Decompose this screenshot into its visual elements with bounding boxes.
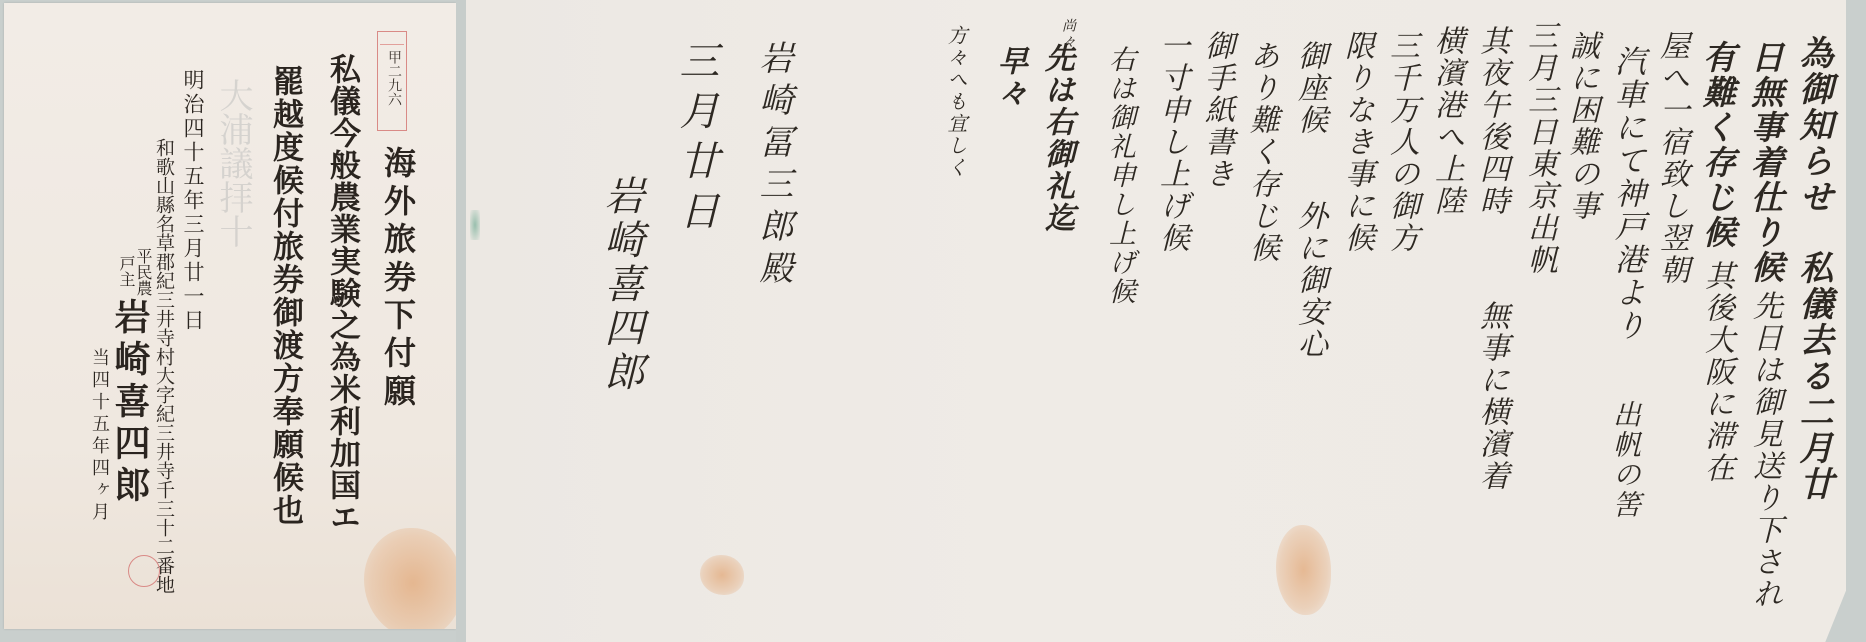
letter-date: 三月廿日 (676, 40, 716, 240)
letter-column: 屋へ一宿致し翌朝 (1656, 30, 1686, 286)
letter-column: 為御知らせ (1796, 35, 1830, 215)
letter-column: 無事に横濱着 (1476, 300, 1506, 492)
body-line-2: 罷越度候付旅券御渡方奉願候也 (269, 65, 300, 527)
stamp-number: 甲二九六 (384, 50, 404, 106)
letter-column: 私儀去る二月廿 (1796, 250, 1830, 502)
letter-column: 誠に困難の事 (1566, 30, 1596, 222)
green-ink-mark (470, 210, 480, 240)
sheet-gap (456, 0, 466, 642)
letter-column: 三千万人の御方 (1386, 30, 1416, 254)
letter-sender: 岩崎喜四郎 (601, 175, 641, 395)
letter-column: 右は御礼申し上げ候 (1106, 45, 1133, 306)
letter-column: 日無事着仕り候 (1749, 40, 1782, 285)
letter-column: 御手紙書き (1201, 30, 1231, 190)
document-title: 海外旅券下付願 (382, 146, 414, 412)
letter-column: 限りなき事に候 (1341, 30, 1371, 254)
applicant-name: 岩崎喜四郎 (112, 298, 148, 508)
letter-column: あり難く存じ候 (1246, 40, 1276, 264)
water-stain (700, 555, 744, 595)
applicant-household-role: 戸主 (118, 255, 134, 287)
letter-column: 御座候 (1294, 40, 1324, 136)
registry-stamp: 甲二九六 (377, 31, 407, 131)
personal-seal (128, 555, 160, 587)
letter-recipient: 岩崎冨三郎殿 (756, 40, 790, 292)
letter-column: 汽車にて神戸港より (1611, 45, 1642, 342)
letter-column: 其夜午後四時 (1476, 25, 1506, 217)
letter-column: 横濱港へ上陸 (1431, 25, 1461, 217)
letter-column: 三月三日東京出帆 (1524, 20, 1554, 276)
application-date: 明治四十五年三月廿一日 (182, 69, 203, 333)
water-stain (364, 528, 456, 629)
body-line-1: 私儀今般農業実験之為米利加国エ (326, 53, 357, 533)
letter-column: 出帆の筈 (1611, 400, 1639, 520)
stamp-header (380, 34, 404, 45)
showthrough-text: 大浦議拝十 (209, 78, 258, 248)
letter-column: 方々へも宜しく (946, 25, 966, 179)
letter-sheet: 為御知らせ 私儀去る二月廿 日無事着仕り候 先日は御見送り下され 有難く存じ候 … (466, 0, 1846, 642)
letter-column: 一寸申し上げ候 (1156, 30, 1186, 254)
passport-application-sheet: 大浦議拝十 甲二九六 海外旅券下付願 私儀今般農業実験之為米利加国エ 罷越度候付… (4, 3, 456, 629)
letter-column: 外に御安心 (1294, 200, 1324, 360)
letter-column: 先日は御見送り下され (1749, 290, 1779, 610)
letter-column: 有難く存じ候 (1701, 40, 1734, 250)
applicant-class: 平民農 (135, 248, 151, 296)
water-stain (1276, 525, 1331, 615)
applicant-address: 和歌山縣名草郡紀三井寺村大字紀三井寺千三十二番地 (154, 138, 173, 594)
letter-column: 先は右御礼迄 (1041, 42, 1071, 234)
letter-column: 其後大阪に滞在 (1701, 260, 1731, 484)
letter-column: 早々 (994, 45, 1024, 109)
applicant-age: 当四十五年四ヶ月 (90, 348, 108, 524)
